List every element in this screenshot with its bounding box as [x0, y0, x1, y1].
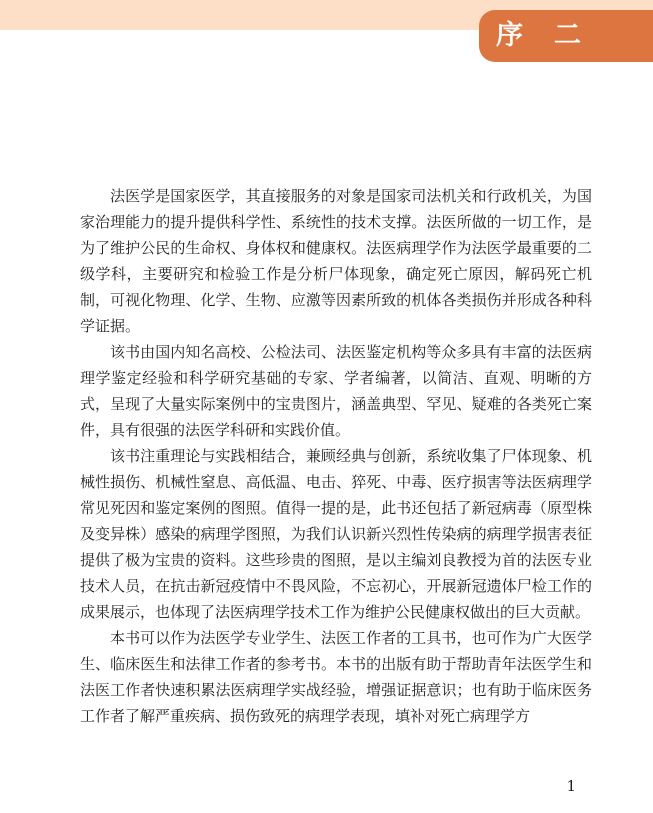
paragraph: 本书可以作为法医学专业学生、法医工作者的工具书，也可作为广大医学生、临床医生和法…: [80, 625, 592, 729]
page-number: 1: [566, 777, 576, 795]
book-page: 序 二 法医学是国家医学，其直接服务的对象是国家司法机关和行政机关，为国家治理能…: [0, 0, 653, 813]
preface-text-block: 法医学是国家医学，其直接服务的对象是国家司法机关和行政机关，为国家治理能力的提升…: [80, 183, 592, 729]
paragraph: 该书由国内知名高校、公检法司、法医鉴定机构等众多具有丰富的法医病理学鉴定经验和科…: [80, 339, 592, 443]
chapter-title: 序 二: [479, 10, 583, 62]
paragraph: 法医学是国家医学，其直接服务的对象是国家司法机关和行政机关，为国家治理能力的提升…: [80, 183, 592, 339]
paragraph: 该书注重理论与实践相结合，兼顾经典与创新，系统收集了尸体现象、机械性损伤、机械性…: [80, 443, 592, 625]
chapter-title-banner: 序 二: [479, 10, 653, 62]
